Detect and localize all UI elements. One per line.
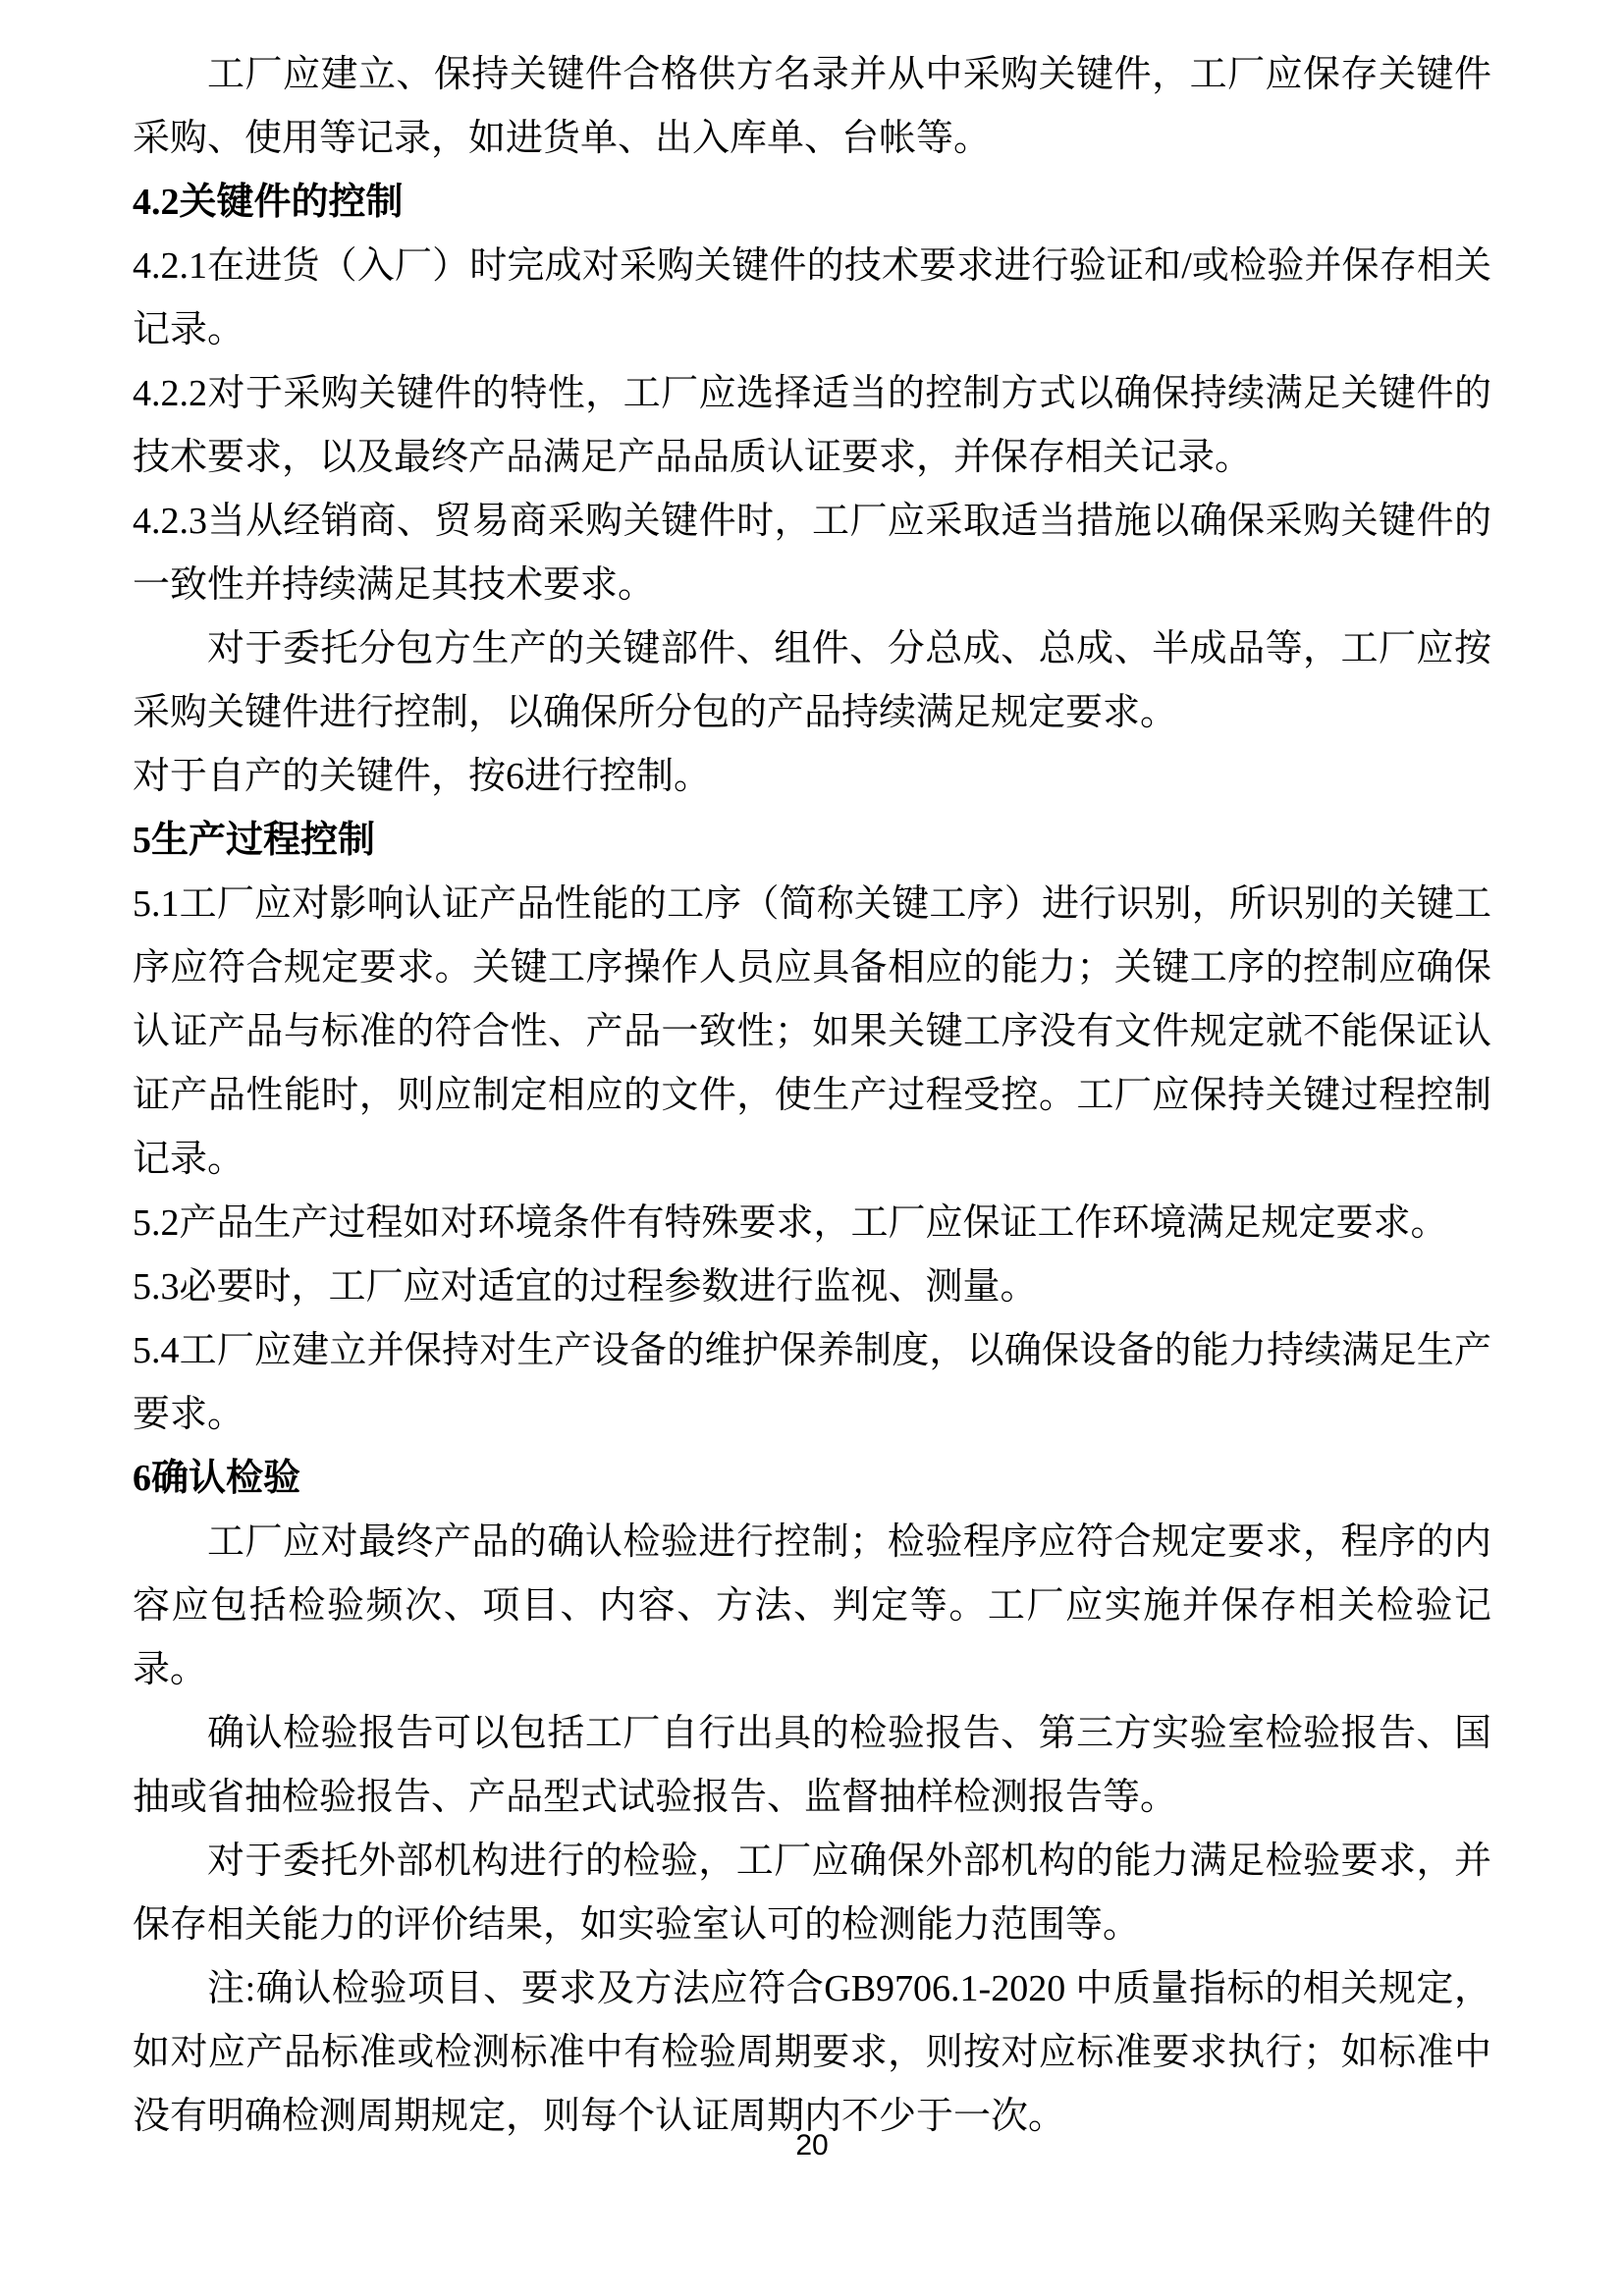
document-body: 工厂应建立、保持关键件合格供方名录并从中采购关键件，工厂应保存关键件采购、使用等…: [133, 43, 1491, 2149]
paragraph: 对于委托分包方生产的关键部件、组件、分总成、总成、半成品等，工厂应按采购关键件进…: [133, 617, 1491, 745]
paragraph: 4.2.2对于采购关键件的特性，工厂应选择适当的控制方式以确保持续满足关键件的技…: [133, 362, 1491, 490]
paragraph: 5.2产品生产过程如对环境条件有特殊要求，工厂应保证工作环境满足规定要求。: [133, 1192, 1491, 1255]
paragraph: 5.1工厂应对影响认证产品性能的工序（简称关键工序）进行识别，所识别的关键工序应…: [133, 873, 1491, 1192]
paragraph: 5.3必要时，工厂应对适宜的过程参数进行监视、测量。: [133, 1255, 1491, 1319]
section-heading: 5生产过程控制: [133, 809, 1491, 873]
document-page: 工厂应建立、保持关键件合格供方名录并从中采购关键件，工厂应保存关键件采购、使用等…: [0, 0, 1624, 2296]
paragraph: 5.4工厂应建立并保持对生产设备的维护保养制度，以确保设备的能力持续满足生产要求…: [133, 1319, 1491, 1447]
paragraph: 工厂应对最终产品的确认检验进行控制；检验程序应符合规定要求，程序的内容应包括检验…: [133, 1511, 1491, 1702]
paragraph: 注:确认检验项目、要求及方法应符合GB9706.1-2020 中质量指标的相关规…: [133, 1957, 1491, 2149]
paragraph: 对于委托外部机构进行的检验，工厂应确保外部机构的能力满足检验要求，并保存相关能力…: [133, 1830, 1491, 1957]
page-number: 20: [0, 2128, 1624, 2163]
section-heading: 4.2关键件的控制: [133, 171, 1491, 235]
paragraph: 4.2.3当从经销商、贸易商采购关键件时，工厂应采取适当措施以确保采购关键件的一…: [133, 490, 1491, 617]
paragraph: 对于自产的关键件，按6进行控制。: [133, 745, 1491, 809]
section-heading: 6确认检验: [133, 1447, 1491, 1511]
paragraph: 工厂应建立、保持关键件合格供方名录并从中采购关键件，工厂应保存关键件采购、使用等…: [133, 43, 1491, 171]
paragraph: 确认检验报告可以包括工厂自行出具的检验报告、第三方实验室检验报告、国抽或省抽检验…: [133, 1702, 1491, 1830]
paragraph: 4.2.1在进货（入厂）时完成对采购关键件的技术要求进行验证和/或检验并保存相关…: [133, 235, 1491, 362]
